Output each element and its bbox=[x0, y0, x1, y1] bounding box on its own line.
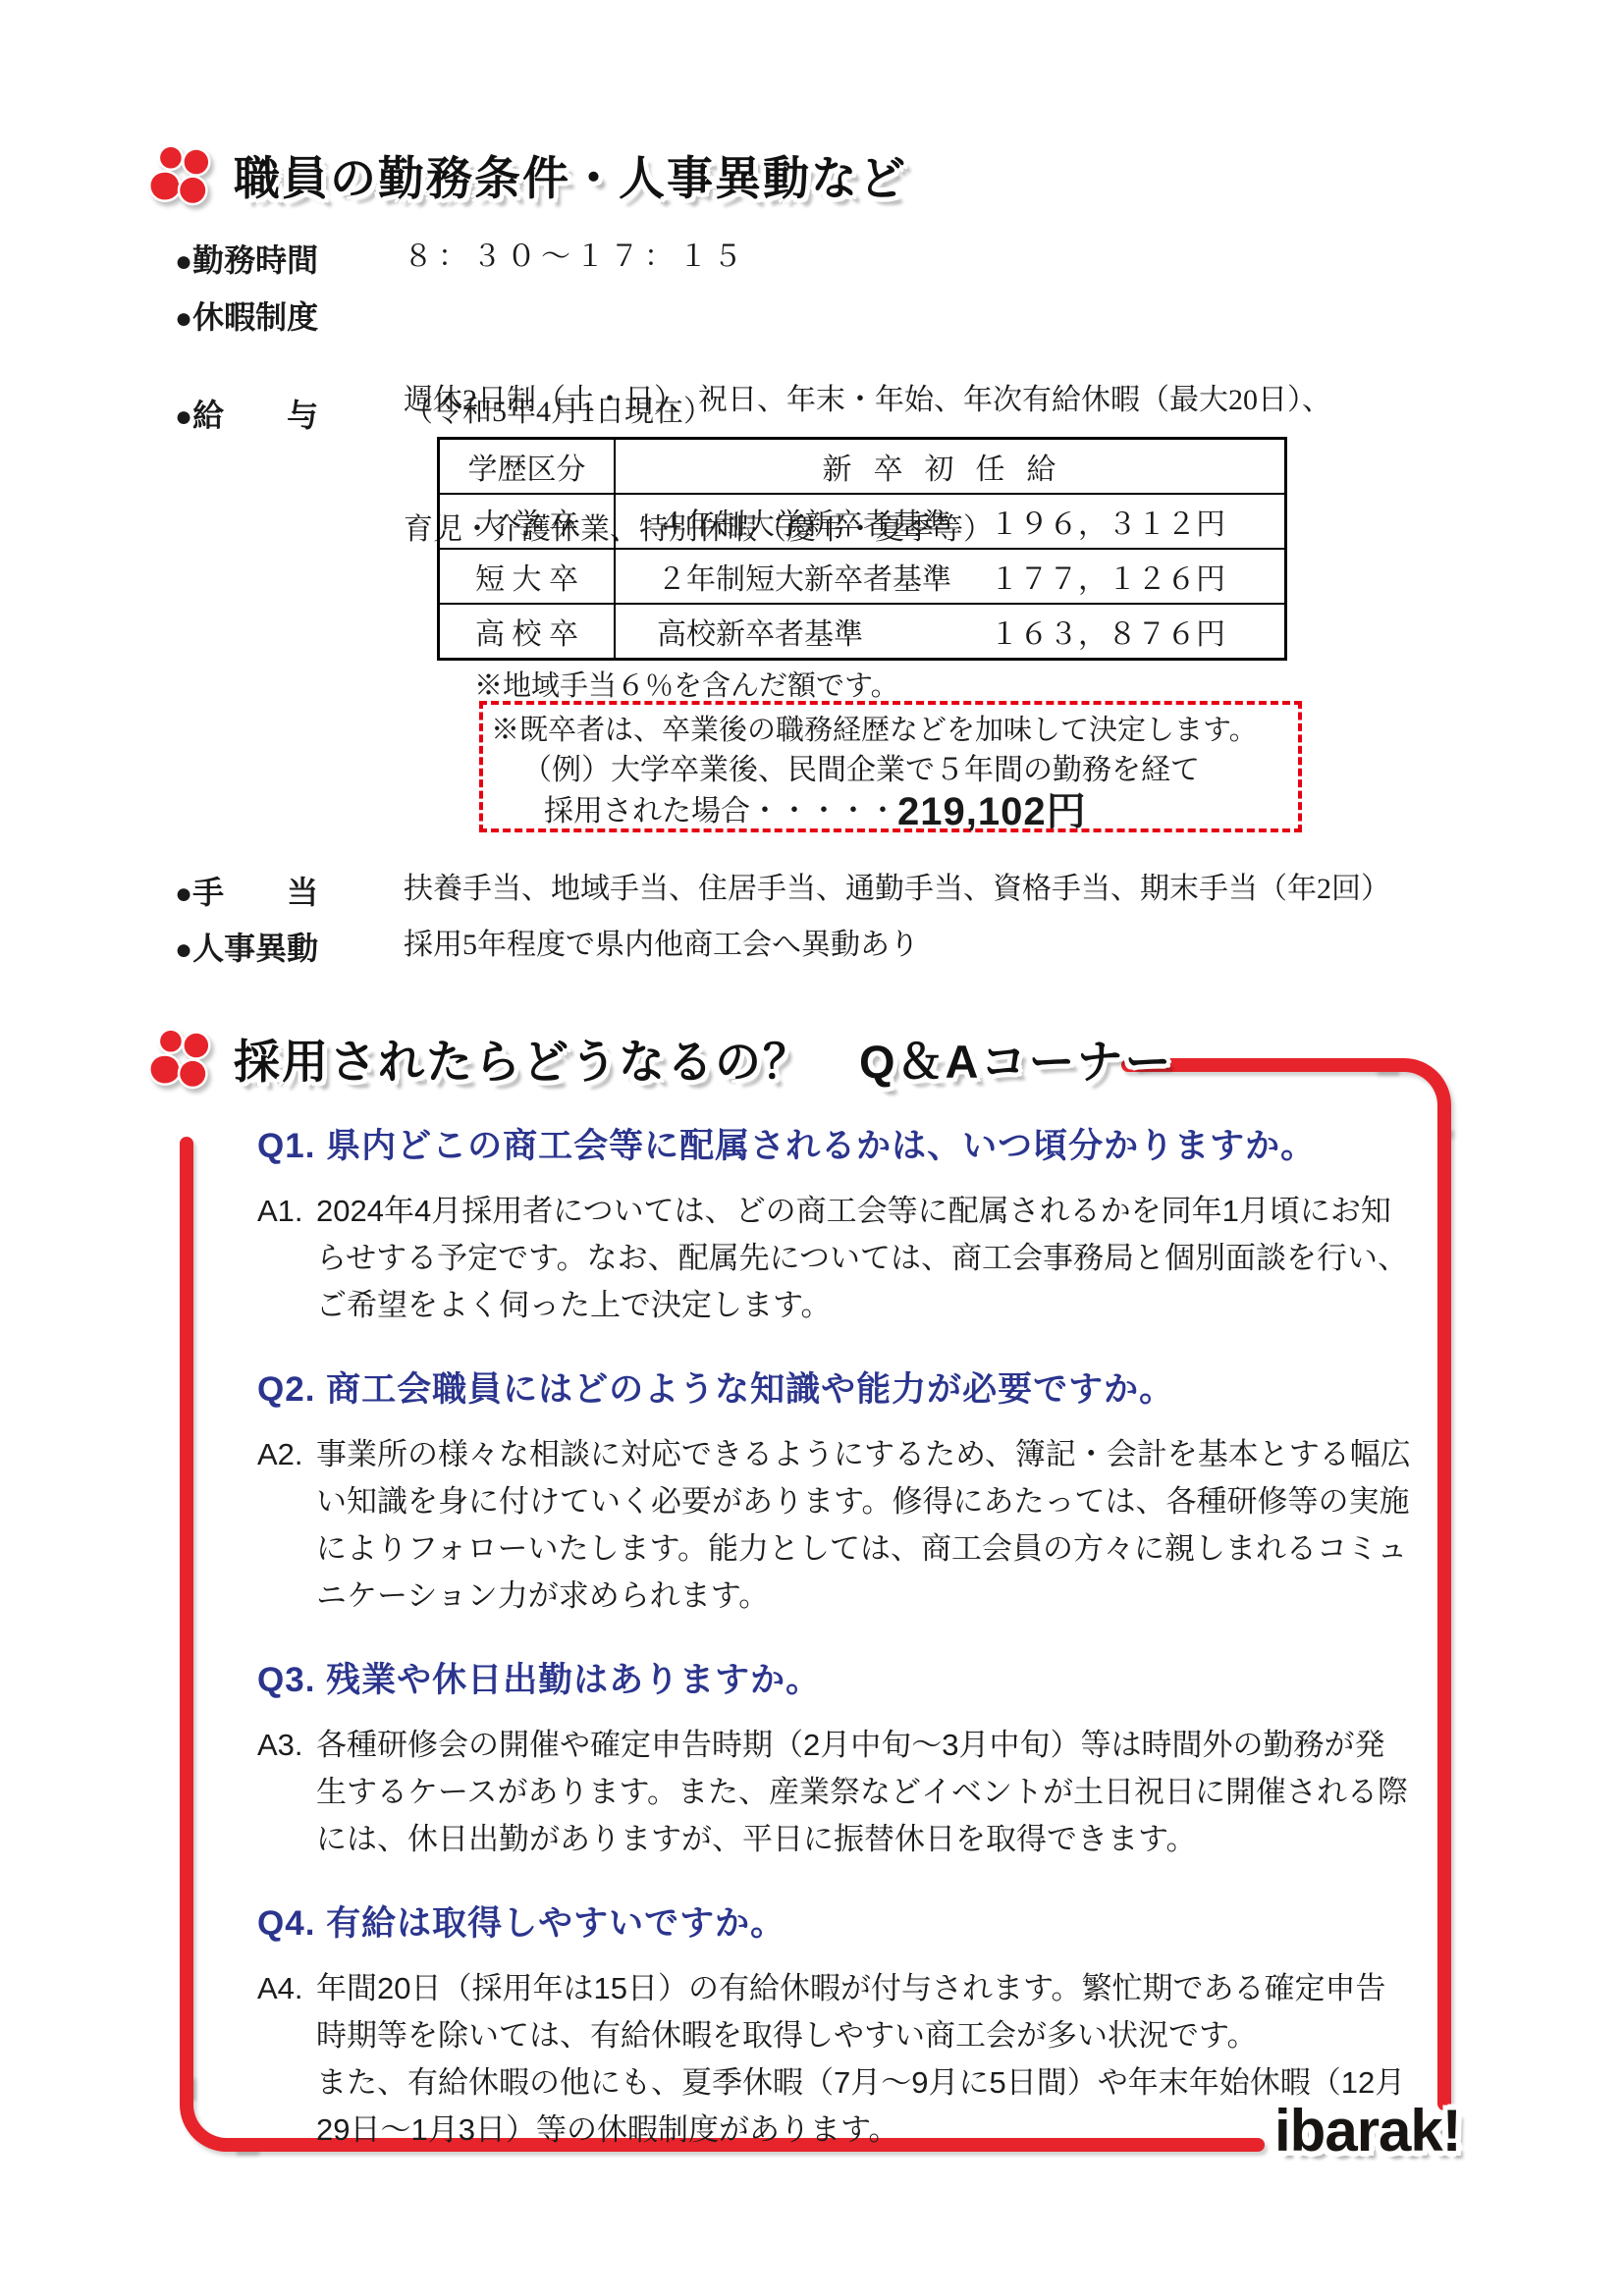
qa-frame-left-line bbox=[180, 1137, 193, 2097]
bullet-icon: ● bbox=[175, 302, 192, 335]
salary-table-row-hs: 高 校 卒 高校新卒者基準 １６３，８７６円 bbox=[439, 604, 1286, 660]
flyer-page: 職員の勤務条件・人事異動など ●勤務時間 ８：３０～１７：１５ ●休暇制度 週休… bbox=[0, 0, 1624, 2296]
salary-table-row-univ: 大 学 卒 ４年制大学新卒者基準 １９６，３１２円 bbox=[439, 494, 1286, 549]
item-working-hours-value: ８：３０～１７：１５ bbox=[404, 236, 747, 279]
salary-table: 学歴区分 新卒初任給 大 学 卒 ４年制大学新卒者基準 １９６，３１２円 短 大… bbox=[437, 437, 1287, 661]
salary-row-univ-basis: ４年制大学新卒者基準 bbox=[657, 500, 951, 543]
bullet-icon: ● bbox=[175, 934, 192, 966]
ibaraki-rose-icon bbox=[145, 139, 216, 210]
item-salary: ●給 与 （令和5年4月1日現在） bbox=[175, 391, 713, 436]
example-line3: 採用された場合・・・・・ 219,102円 bbox=[483, 791, 1298, 832]
answer-1-label: A1. bbox=[257, 1188, 316, 1329]
example-line3-prefix: 採用された場合・・・・・ bbox=[544, 791, 897, 832]
answer-1: A1. 2024年4月採用者については、どの商工会等に配属されるかを同年1月頃に… bbox=[257, 1188, 1411, 1329]
answer-2: A2. 事業所の様々な相談に対応できるようにするため、簿記・会計を基本とする幅広… bbox=[257, 1431, 1411, 1620]
bullet-icon: ● bbox=[175, 400, 192, 433]
item-working-hours: ●勤務時間 ８：３０～１７：１５ bbox=[175, 236, 747, 281]
section2-header: 採用されたらどうなるの？ Q＆Aコーナー bbox=[145, 1023, 1173, 1094]
section1-title: 職員の勤務条件・人事異動など bbox=[234, 142, 907, 208]
salary-table-header-category: 学歴区分 bbox=[439, 439, 616, 495]
item-working-hours-label: ●勤務時間 bbox=[175, 236, 404, 281]
salary-row-univ-category: 大 学 卒 bbox=[439, 494, 616, 549]
salary-row-univ-amount: １９６，３１２円 bbox=[990, 500, 1225, 543]
salary-row-jc-amount: １７７，１２６円 bbox=[990, 555, 1225, 598]
qa-frame-right-line bbox=[1437, 1127, 1451, 2110]
example-amount: 219,102円 bbox=[897, 791, 1087, 832]
salary-table-header-pay: 新卒初任給 bbox=[615, 439, 1286, 495]
section1-header: 職員の勤務条件・人事異動など bbox=[145, 139, 907, 210]
example-line1: ※既卒者は、卒業後の職務経歴などを加味して決定します。 bbox=[483, 711, 1298, 750]
salary-row-univ-pay: ４年制大学新卒者基準 １９６，３１２円 bbox=[615, 494, 1286, 549]
answer-4-label: A4. bbox=[257, 1965, 316, 2154]
answer-3-text: 各種研修会の開催や確定申告時期（2月中旬～3月中旬）等は時間外の勤務が発生するケ… bbox=[316, 1722, 1411, 1863]
item-salary-asof: （令和5年4月1日現在） bbox=[404, 391, 713, 434]
answer-3: A3. 各種研修会の開催や確定申告時期（2月中旬～3月中旬）等は時間外の勤務が発… bbox=[257, 1722, 1411, 1863]
question-1: Q1. 県内どこの商工会等に配属されるかは、いつ頃分かりますか。 bbox=[257, 1119, 1411, 1168]
item-personnel-transfer: ●人事異動 採用5年程度で県内他商工会へ異動あり bbox=[175, 924, 919, 969]
qa-content: Q1. 県内どこの商工会等に配属されるかは、いつ頃分かりますか。 A1. 202… bbox=[257, 1119, 1411, 2154]
question-4: Q4. 有給は取得しやすいですか。 bbox=[257, 1896, 1411, 1946]
salary-row-hs-amount: １６３，８７６円 bbox=[990, 610, 1225, 653]
section2-title: 採用されたらどうなるの？ Q＆Aコーナー bbox=[234, 1026, 1173, 1092]
salary-row-jc-category: 短 大 卒 bbox=[439, 549, 616, 604]
item-allowances: ●手 当 扶養手当、地域手当、住居手当、通勤手当、資格手当、期末手当（年2回） bbox=[175, 868, 1390, 913]
bullet-icon: ● bbox=[175, 878, 192, 910]
answer-2-label: A2. bbox=[257, 1431, 316, 1620]
salary-table-row-jc: 短 大 卒 ２年制短大新卒者基準 １７７，１２６円 bbox=[439, 549, 1286, 604]
answer-4: A4. 年間20日（採用年は15日）の有給休暇が付与されます。繁忙期である確定申… bbox=[257, 1965, 1411, 2154]
answer-4-text: 年間20日（採用年は15日）の有給休暇が付与されます。繁忙期である確定申告時期等… bbox=[316, 1965, 1411, 2154]
bullet-icon: ● bbox=[175, 245, 192, 278]
item-salary-label: ●給 与 bbox=[175, 391, 404, 436]
salary-table-header-row: 学歴区分 新卒初任給 bbox=[439, 439, 1286, 495]
salary-row-hs-category: 高 校 卒 bbox=[439, 604, 616, 660]
answer-3-label: A3. bbox=[257, 1722, 316, 1863]
item-allowances-label: ●手 当 bbox=[175, 868, 404, 913]
example-line2: （例）大学卒業後、民間企業で５年間の勤務を経て bbox=[483, 750, 1298, 791]
question-3: Q3. 残業や休日出勤はありますか。 bbox=[257, 1653, 1411, 1702]
salary-row-jc-pay: ２年制短大新卒者基準 １７７，１２６円 bbox=[615, 549, 1286, 604]
item-holiday-system-label: ●休暇制度 bbox=[175, 293, 404, 338]
answer-1-text: 2024年4月採用者については、どの商工会等に配属されるかを同年1月頃にお知らせ… bbox=[316, 1188, 1411, 1329]
ibaraki-brand-logo: ibarak! bbox=[1274, 2097, 1461, 2164]
salary-row-jc-basis: ２年制短大新卒者基準 bbox=[657, 555, 951, 598]
item-personnel-transfer-value: 採用5年程度で県内他商工会へ異動あり bbox=[404, 924, 919, 967]
item-allowances-value: 扶養手当、地域手当、住居手当、通勤手当、資格手当、期末手当（年2回） bbox=[404, 868, 1390, 911]
salary-row-hs-pay: 高校新卒者基準 １６３，８７６円 bbox=[615, 604, 1286, 660]
answer-4-paragraph-2: また、有給休暇の他にも、夏季休暇（7月～9月に5日間）や年末年始休暇（12月29… bbox=[316, 2059, 1411, 2154]
regional-allowance-note: ※地域手当６％を含んだ額です。 bbox=[474, 664, 899, 704]
item-personnel-transfer-label: ●人事異動 bbox=[175, 924, 404, 969]
salary-row-hs-basis: 高校新卒者基準 bbox=[657, 610, 863, 653]
question-2: Q2. 商工会職員にはどのような知識や能力が必要ですか。 bbox=[257, 1362, 1411, 1412]
ibaraki-rose-icon bbox=[145, 1023, 216, 1094]
answer-4-paragraph-1: 年間20日（採用年は15日）の有給休暇が付与されます。繁忙期である確定申告時期等… bbox=[316, 1965, 1411, 2059]
graduate-example-box: ※既卒者は、卒業後の職務経歴などを加味して決定します。 （例）大学卒業後、民間企… bbox=[479, 701, 1302, 832]
answer-2-text: 事業所の様々な相談に対応できるようにするため、簿記・会計を基本とする幅広い知識を… bbox=[316, 1431, 1411, 1620]
